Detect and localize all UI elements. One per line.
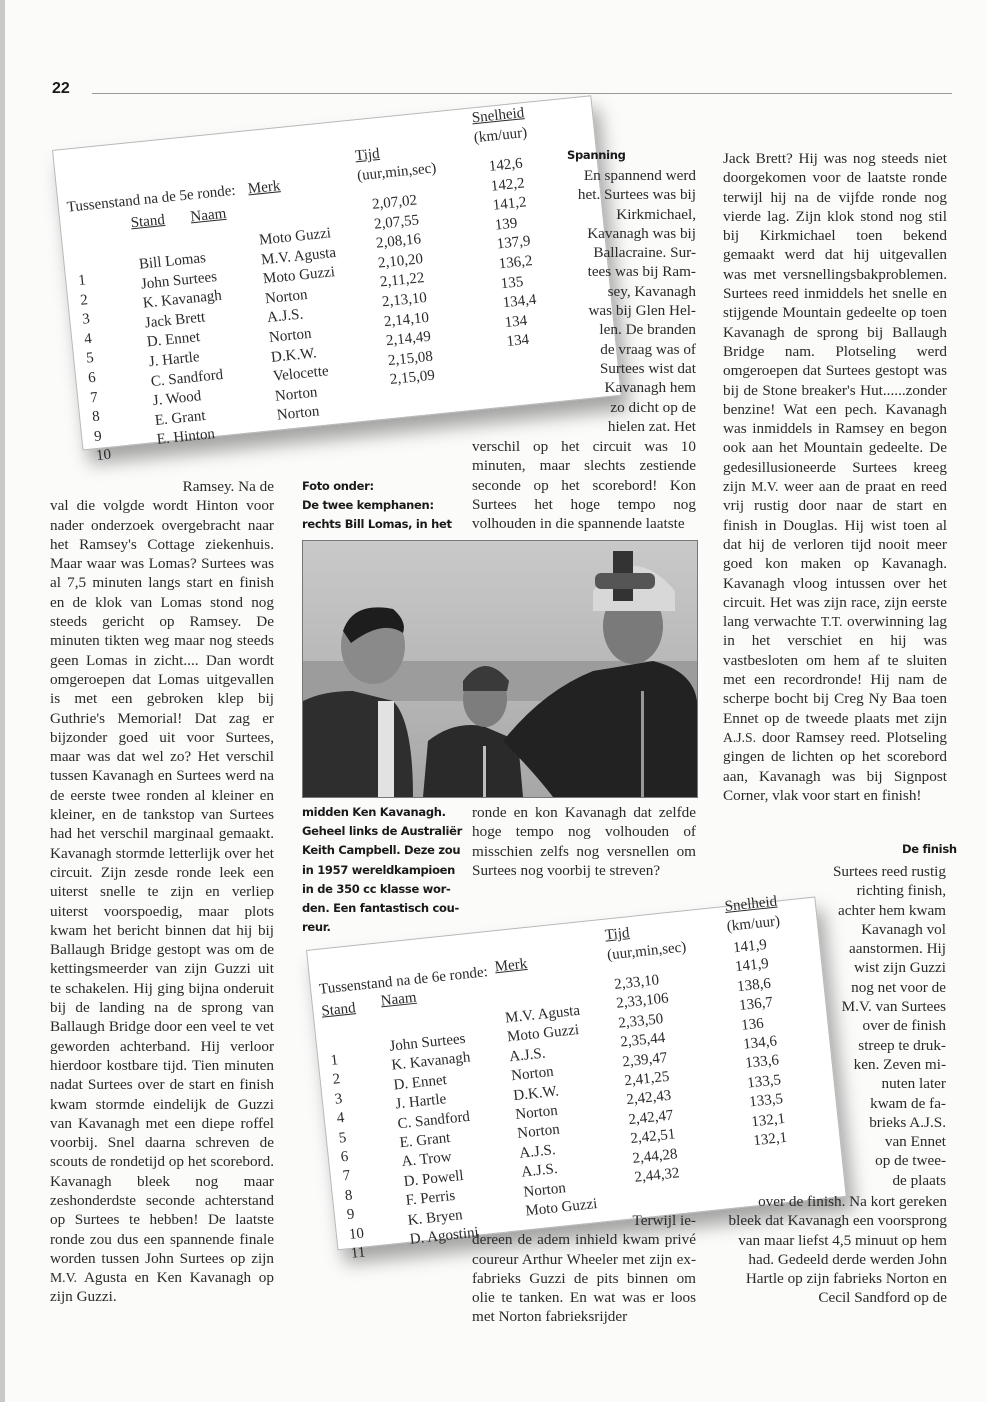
cell-speed: 136 (740, 1015, 764, 1034)
cell-rank: 7 (89, 389, 98, 407)
cell-speed: 132,1 (753, 1130, 788, 1150)
text-line: Ballacraine. Sur- (568, 243, 696, 262)
cell-time: 2,42,51 (630, 1127, 677, 1149)
text-line: over de finish (822, 1016, 946, 1035)
cell-time: 2,10,20 (377, 251, 423, 272)
cell-speed: 134 (506, 332, 530, 351)
standings-card-lap5: Tussenstand na de 5e ronde: Stand Naam M… (52, 95, 622, 450)
section-heading-de-finish: De finish (902, 842, 957, 856)
cell-make: Norton (264, 287, 308, 308)
text-line: nog net voor de (822, 978, 946, 997)
cell-make: Norton (523, 1180, 567, 1201)
col-header-merk: Merk (494, 956, 528, 976)
cell-time: 2,14,49 (385, 329, 431, 350)
text-line: wist zijn Guzzi (822, 958, 946, 977)
cell-rank: 9 (93, 428, 102, 446)
cell-rank: 2 (80, 292, 89, 310)
cell-speed: 138,6 (736, 975, 771, 995)
cell-time: 2,07,55 (373, 212, 419, 233)
cell-time: 2,39,47 (622, 1049, 669, 1071)
col3-paragraph-1: Jack Brett? Hij was nog steeds niet door… (723, 149, 947, 805)
text-line: En spannend werd (568, 166, 696, 185)
col-header-stand: Stand (130, 212, 166, 232)
cell-speed: 141,9 (734, 956, 769, 976)
col-header-merk: Merk (247, 178, 281, 198)
col-header-naam: Naam (380, 990, 417, 1011)
text-line: achter hem kwam (822, 901, 946, 920)
text-line: Surtees reed rustig (822, 862, 946, 881)
photo-caption-top: Foto onder: De twee kemphanen: rechts Bi… (302, 477, 462, 535)
cell-speed: 134 (504, 313, 528, 332)
cell-time: 2,44,28 (632, 1146, 679, 1168)
cell-rider: D. Ennet (146, 329, 201, 351)
col1-text: Ramsey. Na deval die volgde wordt Hinton… (50, 477, 274, 1307)
text-line: Kirkmichael, (568, 205, 696, 224)
col-unit-snelheid: (km/uur) (473, 125, 528, 147)
col2-paragraph-3: Terwijl ie-dereen de adem inhield kwam p… (472, 1211, 696, 1327)
cell-speed: 141,2 (492, 195, 527, 215)
cell-rank: 4 (84, 331, 93, 349)
cell-make: A.J.S. (508, 1045, 546, 1066)
section-heading-spanning: Spanning (567, 148, 626, 162)
cell-speed: 136,2 (498, 253, 533, 273)
cell-rank: 11 (350, 1244, 366, 1262)
cell-rider: E. Hinton (156, 426, 216, 449)
text-line: richting finish, (822, 881, 946, 900)
cell-make: D.K.W. (513, 1083, 560, 1105)
cell-time: 2,33,10 (614, 972, 661, 994)
cell-time: 2,42,47 (628, 1107, 675, 1129)
cell-make: Norton (517, 1122, 561, 1143)
cell-speed: 135 (500, 274, 524, 293)
cell-make: A.J.S. (266, 307, 304, 328)
cell-speed: 132,1 (751, 1110, 786, 1130)
cell-rider: J. Wood (152, 388, 202, 410)
col-header-snelheid: Snelheid (471, 105, 525, 127)
cell-speed: 134,4 (502, 292, 537, 312)
cell-time: 2,15,09 (389, 368, 435, 389)
cell-make: Norton (268, 326, 312, 347)
col-unit-snelheid: (km/uur) (726, 913, 781, 935)
cell-make: Norton (274, 384, 318, 405)
cell-speed: 133,5 (749, 1091, 784, 1111)
photo-illustration (303, 541, 697, 797)
cell-rank: 6 (87, 370, 96, 388)
col-header-naam: Naam (190, 206, 227, 227)
cell-rank: 9 (346, 1207, 355, 1225)
cell-speed: 133,5 (747, 1072, 782, 1092)
text-line: de vraag was of (568, 340, 696, 359)
text-line: het. Surtees was bij (568, 185, 696, 204)
text-line: sey, Kavanagh (568, 282, 696, 301)
col-header-stand: Stand (321, 1000, 357, 1020)
cell-speed: 139 (494, 215, 518, 234)
cell-time: 2,35,44 (620, 1030, 667, 1052)
text-line: streep te druk- (822, 1036, 946, 1055)
cell-rider: E. Grant (154, 408, 206, 430)
col2-narrow-text: En spannend werdhet. Surtees was bijKirk… (568, 166, 696, 436)
text-line: Surtees wist dat (568, 359, 696, 378)
cell-speed: 142,2 (490, 175, 525, 195)
cell-time: 2,33,106 (616, 991, 670, 1013)
text-line: Kavanagh was bij (568, 224, 696, 243)
cell-speed: 134,6 (742, 1033, 777, 1053)
cell-rider: J. Hartle (148, 349, 200, 371)
cell-time: 2,44,32 (634, 1165, 681, 1187)
text-line: M.V. van Surtees (822, 997, 946, 1016)
cell-speed: 133,6 (744, 1053, 779, 1073)
cell-time: 2,15,08 (387, 348, 433, 369)
cell-rider: J. Hartle (395, 1091, 447, 1113)
cell-speed: 142,6 (488, 156, 523, 176)
cell-speed: 137,9 (496, 234, 531, 254)
cell-time: 2,07,02 (371, 192, 417, 213)
cell-make: A.J.S. (521, 1161, 559, 1182)
cell-rank: 4 (336, 1110, 345, 1128)
photo-caption-bottom: midden Ken Kavanagh. Geheel links de Aus… (302, 803, 462, 937)
page-edge (0, 0, 5, 1402)
col2-paragraph-2: ronde en kon Kavanagh dat zelfde hoge te… (472, 803, 696, 880)
col-header-tijd: Tijd (354, 146, 380, 165)
cell-rank: 3 (334, 1091, 343, 1109)
cell-time: 2,41,25 (624, 1069, 671, 1091)
text-line: len. De branden (568, 320, 696, 339)
text-line: aanstormen. Hij (822, 939, 946, 958)
cell-rank: 5 (85, 350, 94, 368)
cell-rider: F. Perris (405, 1188, 456, 1210)
cell-rank: 1 (78, 272, 87, 290)
cell-rank: 6 (340, 1149, 349, 1167)
riders-photo (302, 540, 698, 798)
cell-make: Norton (515, 1103, 559, 1124)
text-line: hielen zat. Het (568, 417, 696, 436)
col2-paragraph-1: verschil op het circuit was 10 minuten, … (472, 437, 696, 533)
cell-make: A.J.S. (519, 1142, 557, 1163)
cell-make: Norton (276, 404, 320, 425)
header-rule (92, 93, 952, 94)
cell-rider: D. Powell (403, 1168, 464, 1191)
cell-rank: 10 (95, 447, 112, 465)
cell-rank: 5 (338, 1129, 347, 1147)
col3-paragraph-2: over de finish. Na kort gereken bleek da… (723, 1192, 947, 1308)
cell-rank: 3 (82, 311, 91, 329)
col-header-tijd: Tijd (604, 925, 630, 944)
text-line: Kavanagh hem (568, 378, 696, 397)
cell-time: 2,33,50 (618, 1011, 665, 1033)
cell-time: 2,42,43 (626, 1088, 673, 1110)
text-line: tees was bij Ram- (568, 262, 696, 281)
cell-time: 2,14,10 (383, 309, 429, 330)
cell-time: 2,08,16 (375, 231, 421, 252)
cell-rank: 8 (344, 1187, 353, 1205)
col-header-snelheid: Snelheid (724, 894, 778, 916)
page-number: 22 (52, 80, 70, 98)
text-line: kwam de fa- (822, 1094, 946, 1113)
text-line: zo dicht op de (568, 398, 696, 417)
cell-rank: 10 (348, 1225, 365, 1243)
text-line: Kavanagh vol (822, 920, 946, 939)
cell-make: Velocette (272, 363, 329, 386)
cell-rider: A. Trow (401, 1149, 453, 1171)
cell-rider: E. Grant (399, 1130, 451, 1152)
text-line: brieks A.J.S. (822, 1113, 946, 1132)
cell-make: Norton (511, 1064, 555, 1085)
cell-time: 2,13,10 (381, 290, 427, 311)
cell-speed: 136,7 (738, 995, 773, 1015)
cell-rank: 1 (330, 1052, 339, 1070)
text-line: nuten later (822, 1074, 946, 1093)
text-line: was bij Glen Hel- (568, 301, 696, 320)
cell-rank: 7 (342, 1168, 351, 1186)
cell-make: Moto Guzzi (262, 264, 335, 288)
cell-rank: 2 (332, 1072, 341, 1090)
cell-time: 2,11,22 (379, 270, 425, 291)
cell-speed: 141,9 (732, 937, 767, 957)
cell-rank: 8 (91, 409, 100, 427)
cell-rider: C. Sandford (150, 366, 224, 390)
text-line: ken. Zeven mi- (822, 1055, 946, 1074)
cell-make: D.K.W. (270, 345, 317, 367)
